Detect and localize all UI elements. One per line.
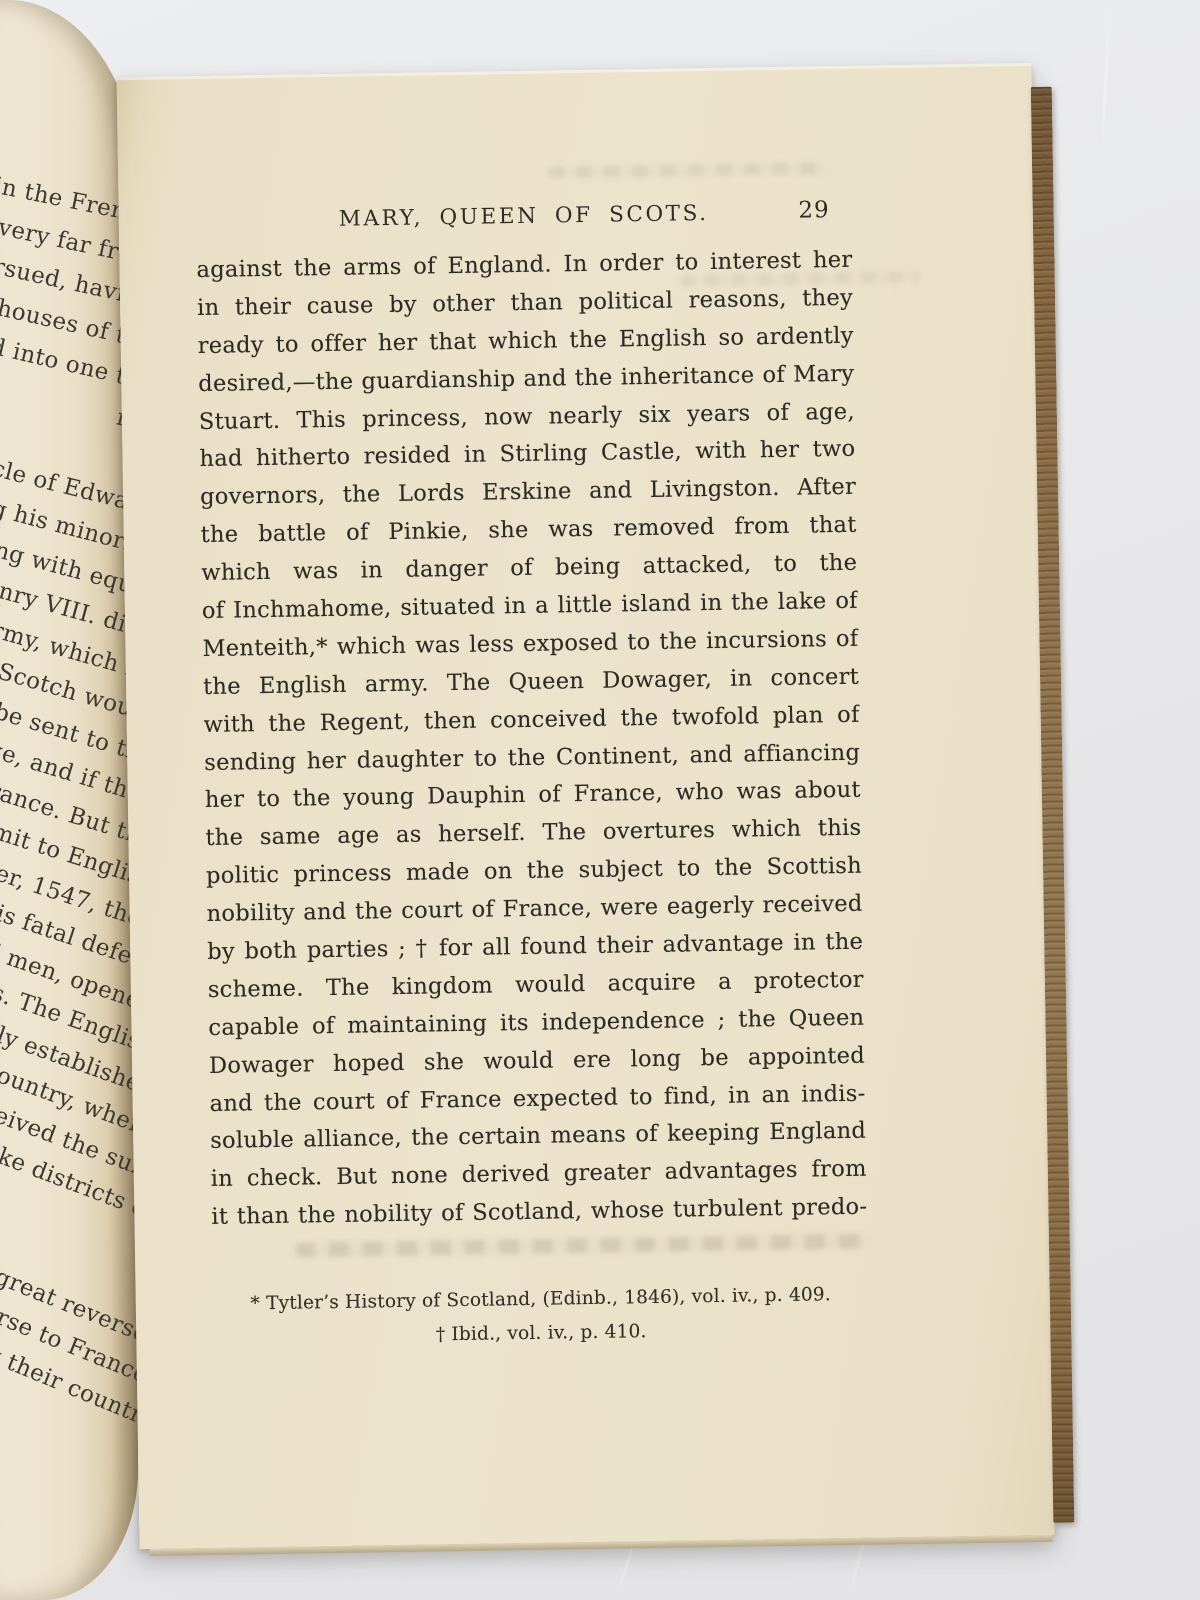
book-fore-edge bbox=[1031, 87, 1075, 1523]
running-header: MARY, QUEEN OF SCOTS. 29 bbox=[196, 199, 852, 243]
book-page: MARY, QUEEN OF SCOTS. 29 against the arm… bbox=[116, 63, 1054, 1549]
background-scratch bbox=[1100, 0, 1112, 170]
showthrough-smudge bbox=[548, 162, 828, 178]
footnotes: * Tytler’s History of Scotland, (Edinb.,… bbox=[213, 1278, 870, 1356]
left-page: ins in the French 47, very far from g pu… bbox=[0, 0, 138, 1600]
showthrough-smudge bbox=[295, 1234, 870, 1258]
body-text: against the arms of England. In order to… bbox=[196, 242, 867, 1237]
page-number: 29 bbox=[798, 197, 830, 223]
page-title: MARY, QUEEN OF SCOTS. bbox=[196, 199, 852, 234]
